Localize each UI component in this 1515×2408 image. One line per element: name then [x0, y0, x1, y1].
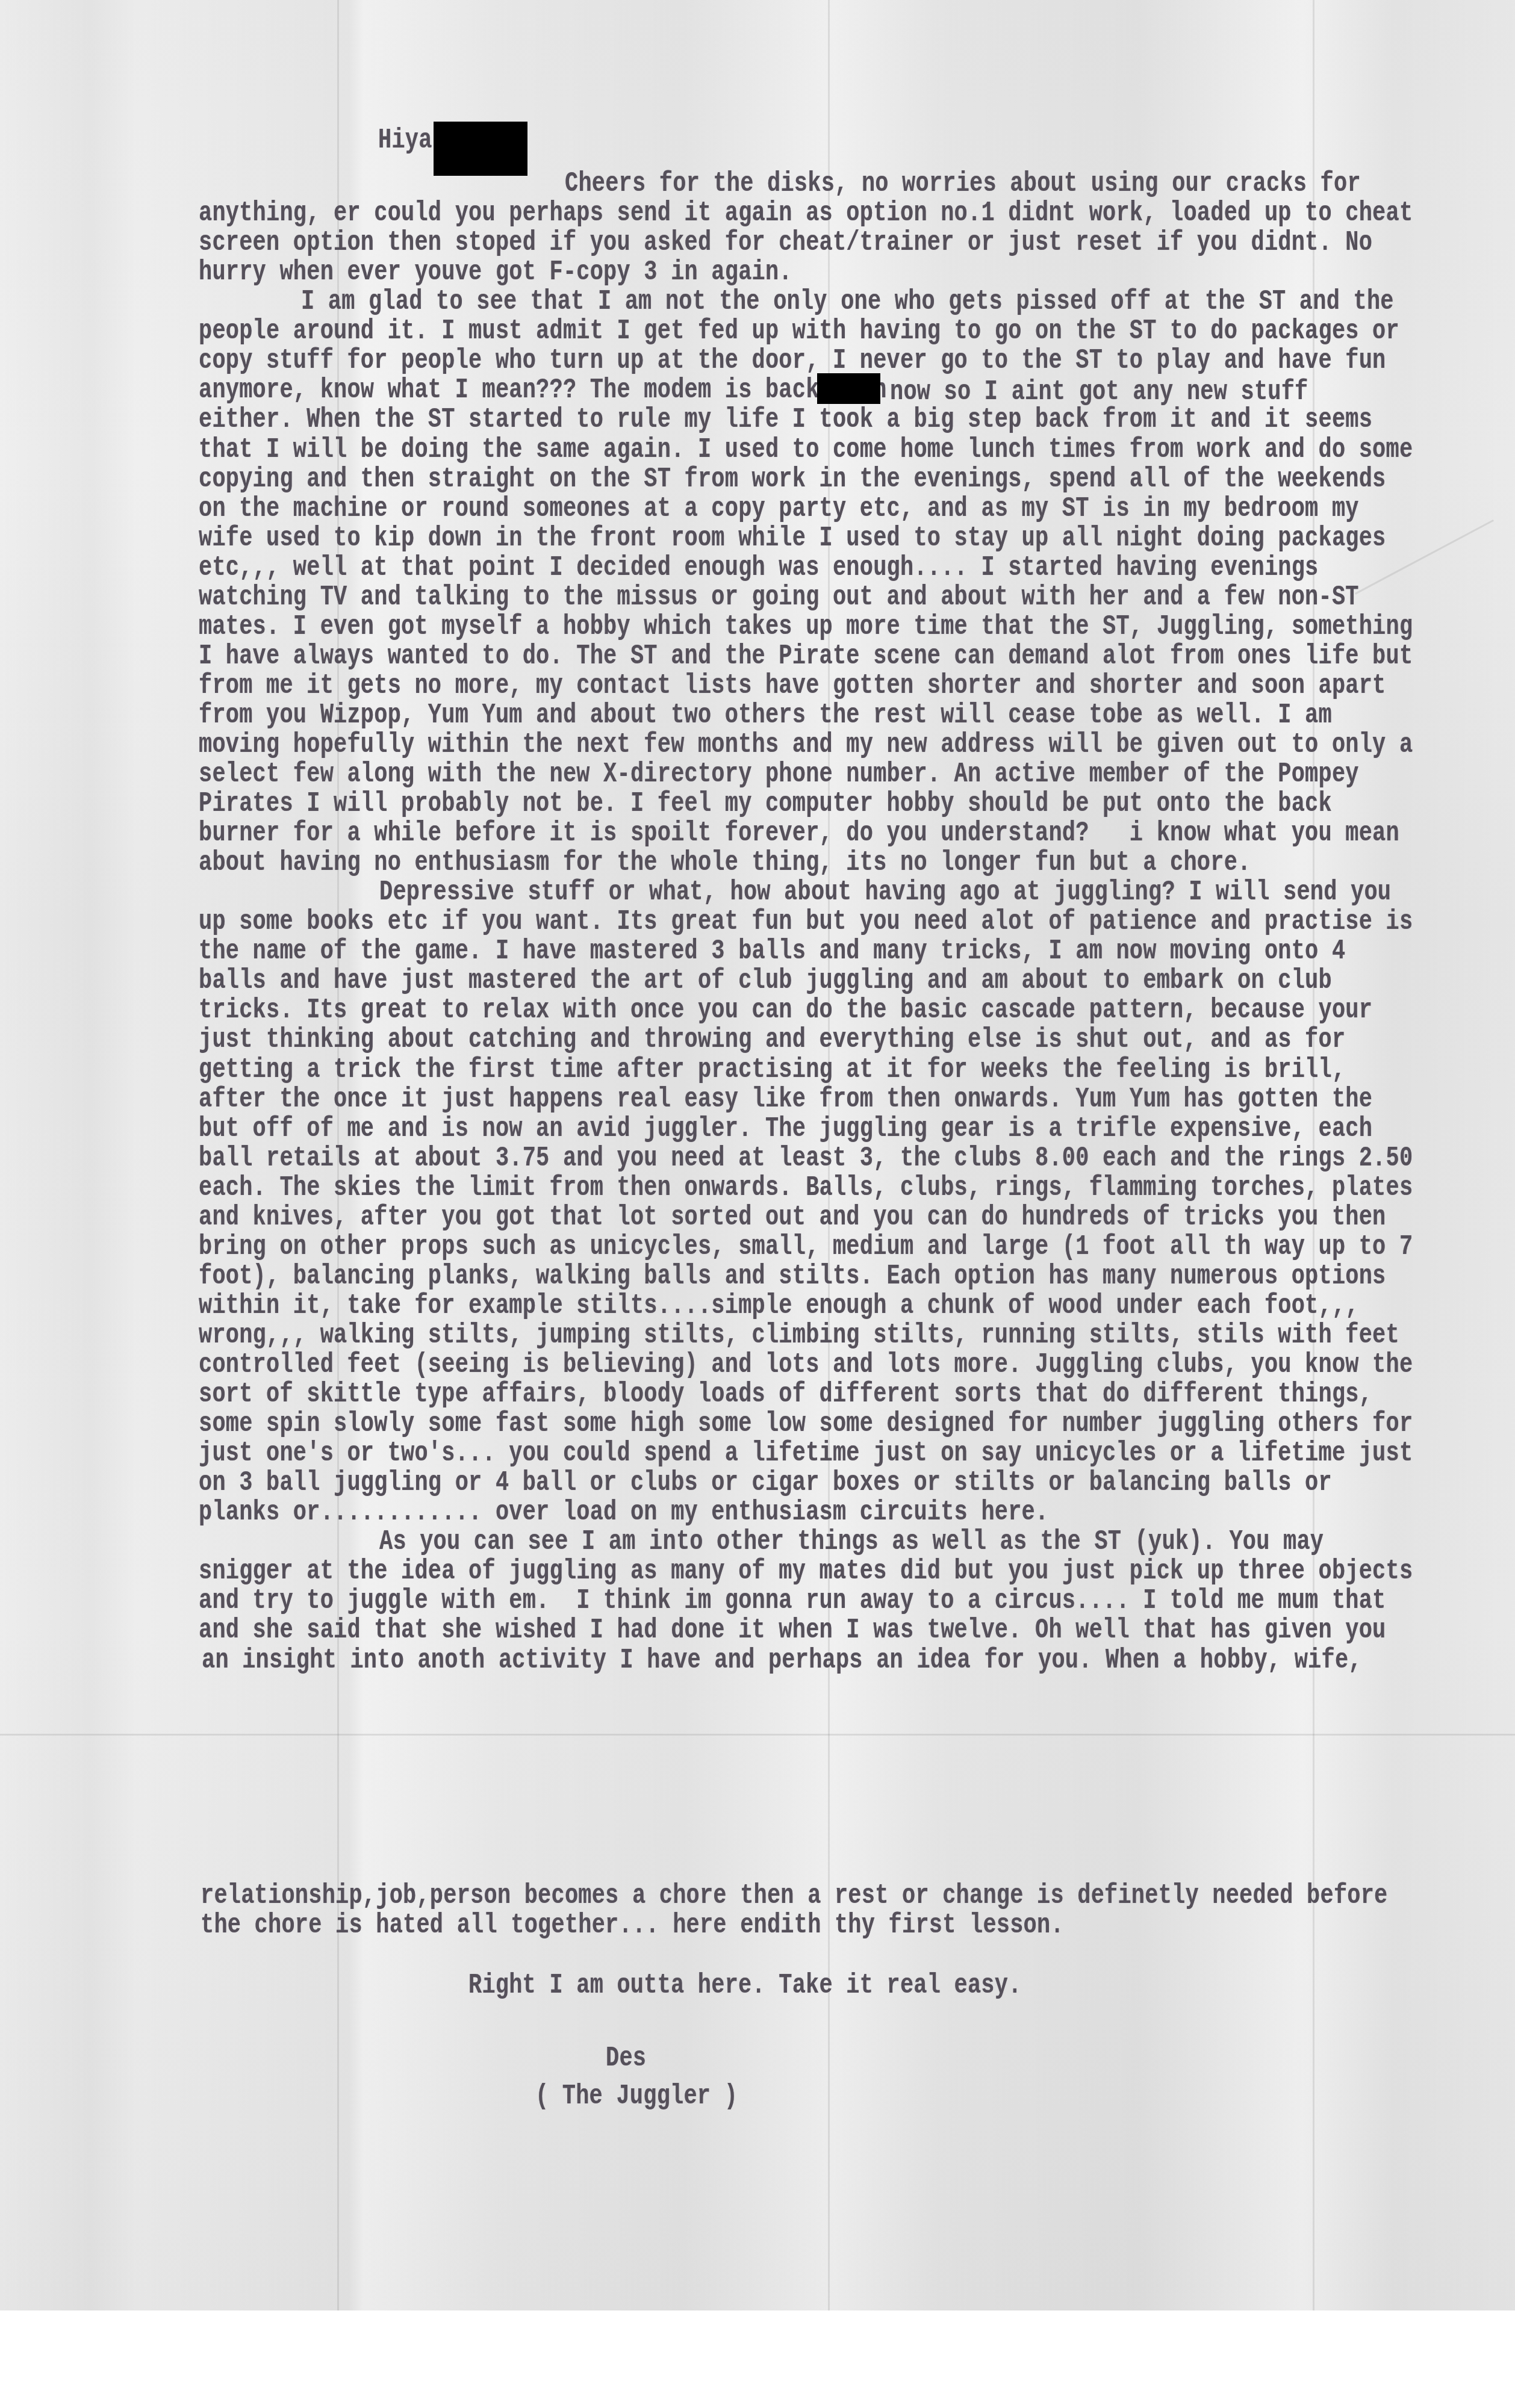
body-line: Cheers for the disks, no worries about u… — [565, 167, 1361, 200]
body-line: As you can see I am into other things as… — [379, 1525, 1324, 1559]
body-line: Pirates I will probably not be. I feel m… — [199, 787, 1332, 821]
body-line: I have always wanted to do. The ST and t… — [199, 640, 1413, 673]
redacted-recipient-name — [434, 122, 527, 176]
body-line: copying and then straight on the ST from… — [199, 463, 1386, 496]
body-line: sort of skittle type affairs, bloody loa… — [199, 1378, 1372, 1411]
body-line: mates. I even got myself a hobby which t… — [199, 610, 1413, 644]
body-line: controlled feet (seeing is believing) an… — [199, 1348, 1413, 1382]
paper-crease — [0, 1734, 1515, 1736]
body-line: from you Wizpop, Yum Yum and about two o… — [199, 699, 1332, 732]
body-line: screen option then stoped if you asked f… — [199, 226, 1372, 259]
continuation-line: the chore is hated all together... here … — [201, 1909, 1064, 1942]
body-line: moving hopefully within the next few mon… — [199, 728, 1413, 762]
body-line: copy stuff for people who turn up at the… — [199, 344, 1386, 377]
body-line: foot), balancing planks, walking balls a… — [199, 1260, 1386, 1293]
body-line: an insight into anoth activity I have an… — [202, 1644, 1362, 1677]
body-line: after the once it just happens real easy… — [199, 1083, 1372, 1116]
body-line: Depressive stuff or what, how about havi… — [379, 876, 1391, 909]
modem-line-tail: now so I aint got any new stuff — [890, 376, 1308, 409]
greeting: Hiya — [378, 124, 432, 157]
body-line: just thinking about catching and throwin… — [199, 1023, 1345, 1057]
closing-line: Right I am outta here. Take it real easy… — [468, 1969, 1022, 2002]
body-line: ball retails at about 3.75 and you need … — [199, 1142, 1413, 1175]
signature-alias: ( The Juggler ) — [535, 2080, 738, 2113]
body-line: just one's or two's... you could spend a… — [199, 1437, 1413, 1470]
continuation-line: relationship,job,person becomes a chore … — [201, 1879, 1388, 1913]
body-line: but off of me and is now an avid juggler… — [199, 1112, 1372, 1146]
body-line: on 3 ball juggling or 4 ball or clubs or… — [199, 1466, 1332, 1500]
body-line: anymore, know what I mean??? The modem i… — [199, 374, 887, 407]
body-line: the name of the game. I have mastered 3 … — [199, 935, 1345, 968]
body-line: that I will be doing the same again. I u… — [199, 433, 1413, 467]
body-line: tricks. Its great to relax with once you… — [199, 994, 1372, 1027]
body-line: and try to juggle with em. I think im go… — [199, 1584, 1386, 1618]
body-line: and she said that she wished I had done … — [199, 1614, 1386, 1647]
redacted-modem-holder-name — [817, 373, 880, 404]
body-line: I am glad to see that I am not the only … — [301, 285, 1394, 318]
body-line: balls and have just mastered the art of … — [199, 964, 1332, 998]
body-line: planks or............ over load on my en… — [199, 1496, 1048, 1529]
body-line: and knives, after you got that lot sorte… — [199, 1201, 1386, 1234]
body-line: up some books etc if you want. Its great… — [199, 905, 1413, 939]
body-line: each. The skies the limit from then onwa… — [199, 1171, 1413, 1205]
body-line: wrong,,, walking stilts, jumping stilts,… — [199, 1319, 1399, 1352]
body-line: snigger at the idea of juggling as many … — [199, 1555, 1413, 1588]
body-line: on the machine or round someones at a co… — [199, 492, 1359, 526]
body-line: about having no enthusiasm for the whole… — [199, 846, 1251, 880]
body-line: wife used to kip down in the front room … — [199, 522, 1386, 555]
body-line: bring on other props such as unicycles, … — [199, 1230, 1413, 1264]
signature-name: Des — [606, 2042, 646, 2075]
body-line: select few along with the new X-director… — [199, 758, 1359, 791]
body-line: etc,,, well at that point I decided enou… — [199, 551, 1319, 585]
body-line: within it, take for example stilts....si… — [199, 1289, 1359, 1323]
body-line: hurry when ever youve got F-copy 3 in ag… — [199, 256, 792, 289]
body-line: getting a trick the first time after pra… — [199, 1053, 1345, 1087]
body-line: from me it gets no more, my contact list… — [199, 669, 1386, 703]
body-line: some spin slowly some fast some high som… — [199, 1407, 1413, 1441]
body-line: people around it. I must admit I get fed… — [199, 315, 1399, 348]
body-line: watching TV and talking to the missus or… — [199, 581, 1359, 614]
body-line: anything, er could you perhaps send it a… — [199, 197, 1413, 230]
body-line: burner for a while before it is spoilt f… — [199, 817, 1399, 850]
